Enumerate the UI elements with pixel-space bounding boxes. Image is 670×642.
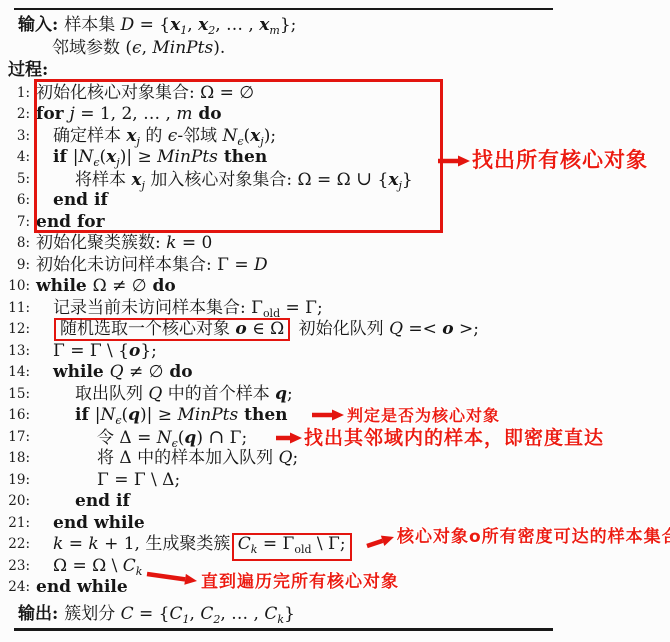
line-number: 17: xyxy=(0,426,30,448)
line-number: 18: xyxy=(0,447,30,469)
line-number: 22: xyxy=(0,533,30,555)
annotation-arrow-head xyxy=(381,536,394,546)
annotation-arrow-head xyxy=(332,410,344,421)
line-number: 11: xyxy=(0,297,30,319)
line-number: 12: xyxy=(0,318,30,340)
line-number: 10: xyxy=(0,275,30,297)
line-content: Γ = Γ \ {o}; xyxy=(53,340,157,362)
annotation-arrow xyxy=(147,574,185,579)
line-number: 8: xyxy=(0,232,30,254)
line-number: 21: xyxy=(0,512,30,534)
annotation-find-core-objects: 找出所有核心对象 xyxy=(472,149,648,172)
line-content: 邻域参数 (ϵ, MinPts). xyxy=(52,37,225,59)
line-content: end while xyxy=(53,512,145,534)
line-number: 13: xyxy=(0,340,30,362)
line-content: end if xyxy=(75,490,130,512)
line-content: 输出: 簇划分 C = {C1, C2, … , Ck} xyxy=(18,603,295,631)
line-content: 将 Δ 中的样本加入队列 Q; xyxy=(97,447,298,469)
line-content: while Q ≠ ∅ do xyxy=(53,361,193,383)
annotation-arrow-head xyxy=(184,574,197,585)
annotation-arrow-head xyxy=(290,433,302,444)
annotation-neighborhood-samples: 找出其邻域内的样本，即密度直达 xyxy=(304,428,604,449)
line-number: 5: xyxy=(0,168,30,190)
annotation-arrow xyxy=(367,541,383,546)
line-number: 24: xyxy=(0,576,30,598)
line-number: 20: xyxy=(0,490,30,512)
line-content: while Ω ≠ ∅ do xyxy=(36,275,176,297)
line-number: 2: xyxy=(0,103,30,125)
line-number: 9: xyxy=(0,254,30,276)
line-number: 1: xyxy=(0,82,30,104)
line-content: 初始化未访问样本集合: Γ = D xyxy=(36,254,268,276)
line-number: 3: xyxy=(0,125,30,147)
line-content: 初始化聚类簇数: k = 0 xyxy=(36,232,212,254)
line-number: 15: xyxy=(0,383,30,405)
line-content: 取出队列 Q 中的首个样本 q; xyxy=(75,383,293,405)
line-number: 14: xyxy=(0,361,30,383)
highlight-box-core-objects xyxy=(34,79,443,233)
line-content: Γ = Γ \ Δ; xyxy=(97,469,180,491)
line-number: 4: xyxy=(0,146,30,168)
inline-highlight-box: 随机选取一个核心对象 o ∈ Ω xyxy=(54,318,290,341)
annotation-traverse-all-core-objects: 直到遍历完所有核心对象 xyxy=(201,573,399,592)
line-number: 23: xyxy=(0,555,30,577)
line-number: 19: xyxy=(0,469,30,491)
line-content: end while xyxy=(36,576,128,598)
annotation-judge-core-object: 判定是否为核心对象 xyxy=(347,407,500,425)
inline-highlight-box: Ck = Γold \ Γ; xyxy=(232,533,352,561)
line-content: 过程: xyxy=(8,59,48,81)
top-rule xyxy=(14,8,553,10)
line-number: 6: xyxy=(0,189,30,211)
line-content: 随机选取一个核心对象 o ∈ Ω 初始化队列 Q =< o >; xyxy=(58,318,479,341)
algorithm-figure: 输入: 样本集 D = {x1, x2, … , xm};邻域参数 (ϵ, Mi… xyxy=(0,0,670,642)
annotation-arrow-head xyxy=(458,156,470,167)
line-number: 7: xyxy=(0,211,30,233)
annotation-density-reachable-set: 核心对象o所有密度可达的样本集合 xyxy=(397,528,670,547)
line-number: 16: xyxy=(0,404,30,426)
